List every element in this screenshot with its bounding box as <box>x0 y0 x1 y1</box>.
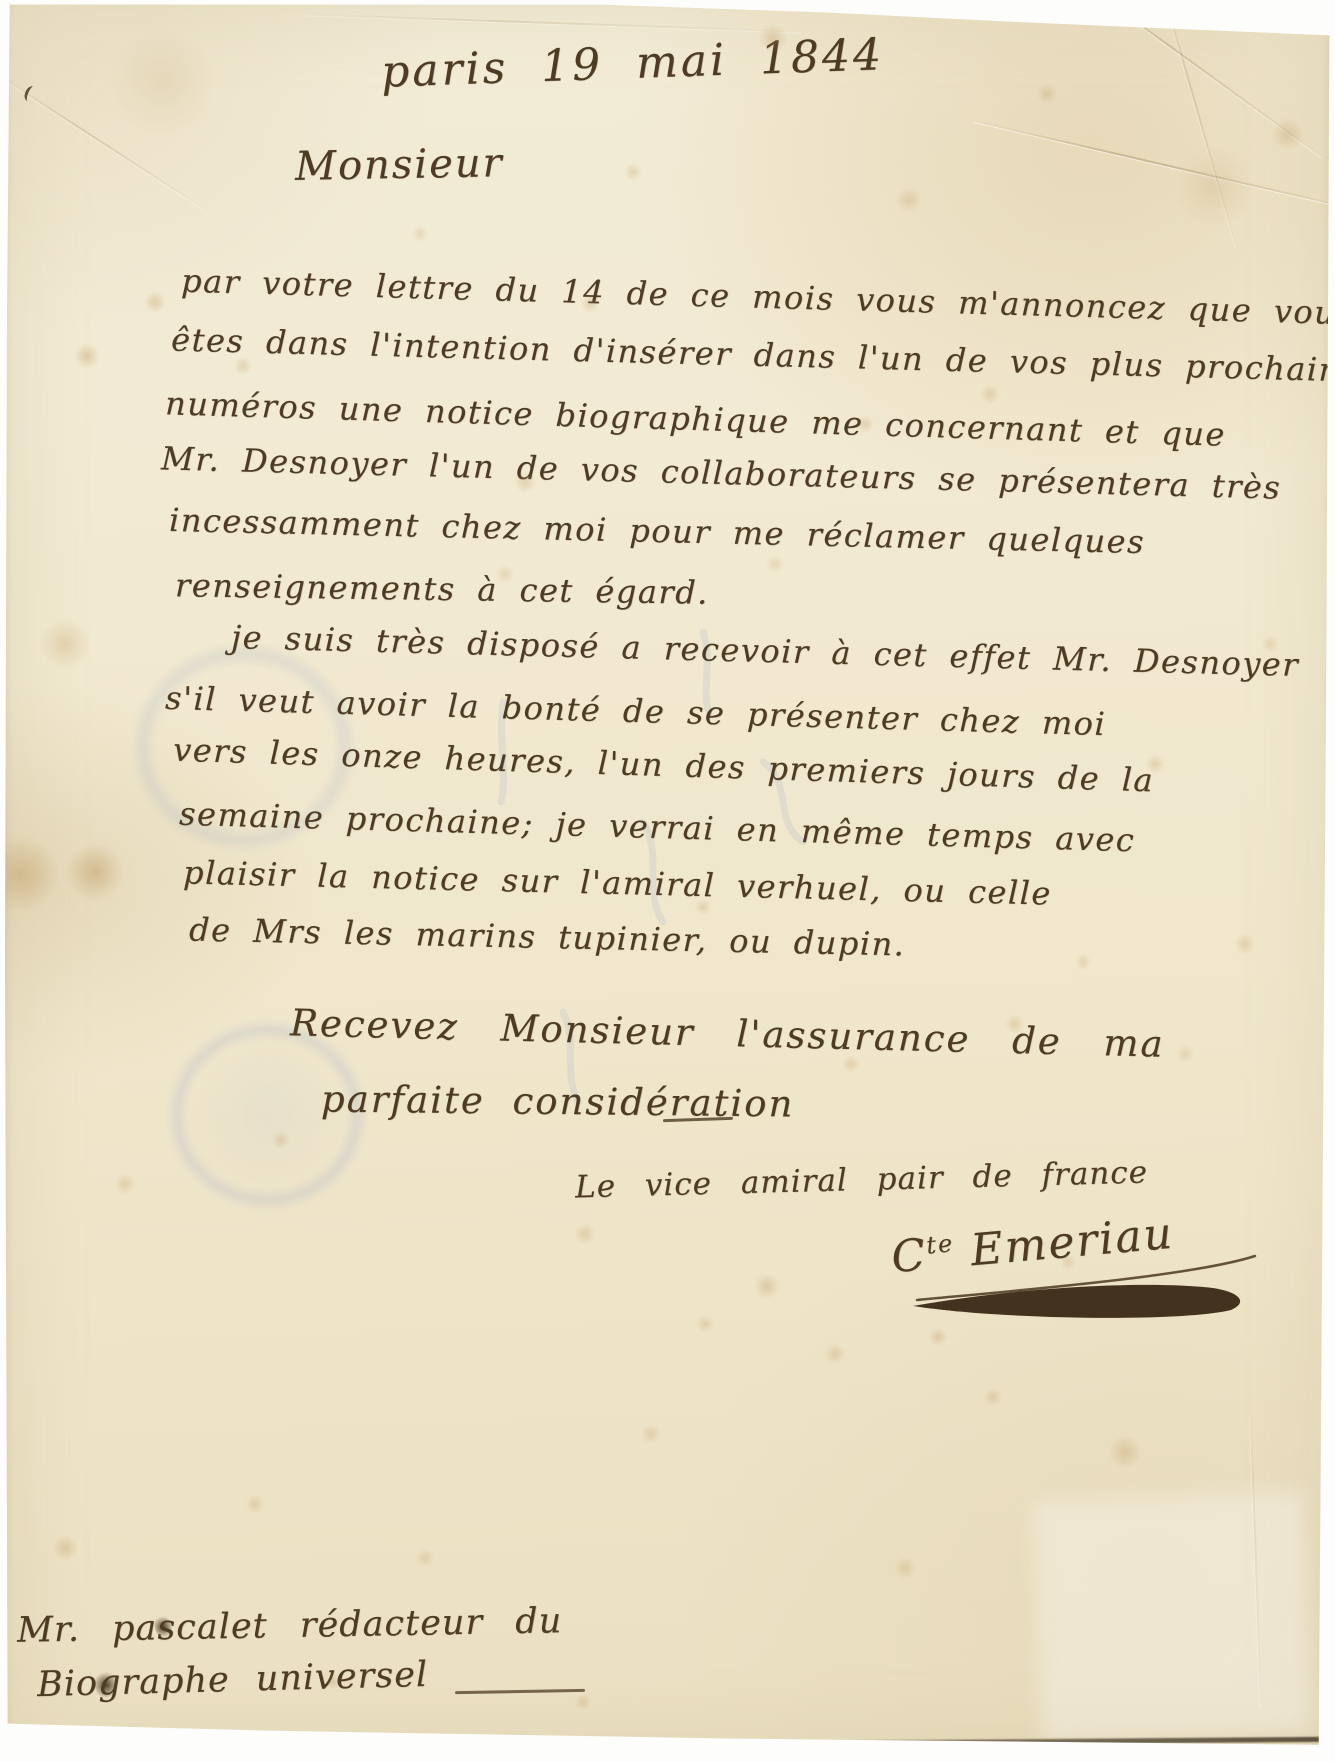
body-line: êtes dans l'intention d'insérer dans l'u… <box>171 320 1335 389</box>
body-line: de Mrs les marins tupinier, ou dupin. <box>189 911 906 964</box>
foxing-spot <box>63 840 127 904</box>
foxing-spot <box>411 225 429 243</box>
letter-page: paris 19 mai 1844 Monsieur par votre let… <box>3 2 1332 1757</box>
foxing-spot <box>245 1494 265 1514</box>
foxing-spot <box>143 290 167 314</box>
foxing-spot <box>823 1342 847 1366</box>
foxing-spot <box>51 1534 79 1562</box>
paper-bottom-edge-shadow <box>9 1737 1322 1752</box>
foxing-spot <box>983 1387 1003 1407</box>
foxing-spot <box>73 342 101 370</box>
signature-role: Le vice amiral pair de france <box>575 1155 1149 1206</box>
foxing-spot <box>574 1693 592 1711</box>
foxing-spot <box>1233 932 1257 956</box>
foxing-spot <box>979 383 1001 405</box>
signature-paraph <box>883 1250 1273 1345</box>
address-line: Mr. pascalet rédacteur du <box>17 1601 563 1651</box>
body-line: par votre lettre du 14 de ce mois vous m… <box>181 262 1335 333</box>
foxing-spot <box>37 616 93 672</box>
salutation: Monsieur <box>295 140 504 190</box>
foxing-spot <box>893 1556 917 1580</box>
foxing-spot <box>765 554 785 574</box>
paper-crease <box>973 120 1335 216</box>
foxing-spot <box>1169 143 1257 231</box>
paper-crease <box>303 13 803 32</box>
foxing-spot <box>0 832 63 916</box>
foxing-spot <box>415 1548 435 1568</box>
body-line: plaisir la notice sur l'amiral verhuel, … <box>183 853 1053 912</box>
foxing-spot <box>1074 953 1092 971</box>
foxing-spot <box>1175 1044 1195 1064</box>
date-line: paris 19 mai 1844 <box>380 29 885 98</box>
body-line: incessamment chez moi pour me réclamer q… <box>169 501 1146 561</box>
paper-crease <box>1158 0 1237 248</box>
foxing-spot <box>895 186 923 214</box>
foxing-spot <box>695 1314 715 1334</box>
closing-line: Recevez Monsieur l'assurance de ma <box>290 1001 1166 1065</box>
foxing-spot <box>1035 82 1059 106</box>
address-line: Biographe universel <box>37 1655 429 1705</box>
paper-light-patch <box>1034 1492 1312 1741</box>
body-line: semaine prochaine; je verrai en même tem… <box>179 795 1136 860</box>
foxing-spot <box>113 1172 137 1196</box>
foxing-spot <box>573 1222 597 1246</box>
foxing-spot <box>753 1272 781 1300</box>
foxing-spot <box>1107 1434 1143 1470</box>
paper-crease <box>1063 0 1323 158</box>
foxing-spot <box>623 162 643 182</box>
foxing-spot <box>640 1423 662 1445</box>
body-line: je suis très disposé a recevoir à cet ef… <box>231 618 1300 684</box>
foxing-spot <box>103 22 223 142</box>
address-flourish-dash <box>455 1689 585 1694</box>
body-line: renseignements à cet égard. <box>175 566 709 611</box>
